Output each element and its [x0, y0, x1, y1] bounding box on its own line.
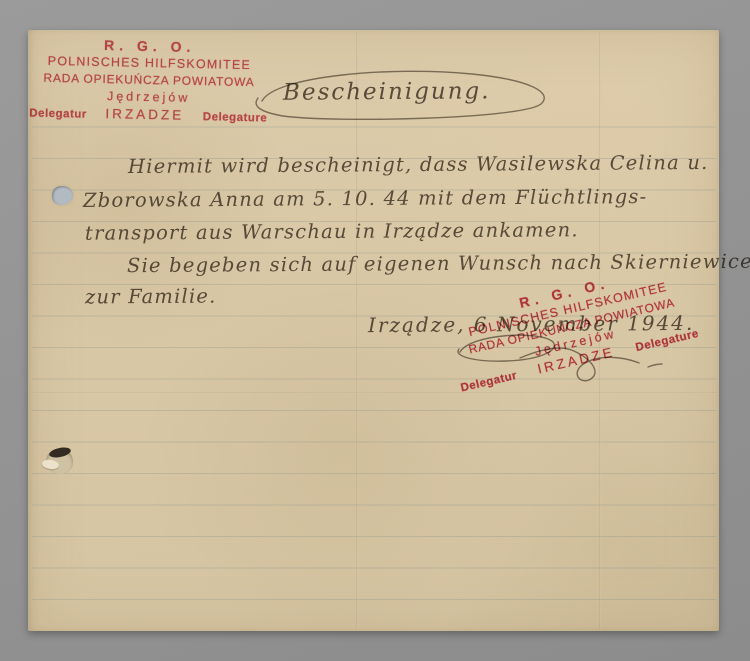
scan-background: R. G. O. POLNISCHES HILFSKOMITEE RADA OP… — [0, 0, 750, 661]
punch-hole-bottom — [46, 449, 73, 474]
handwritten-title: Bescheinigung. — [283, 78, 491, 105]
stamp-place: IRZADZE — [105, 105, 184, 124]
stamp-delegatur: Delegatur — [29, 106, 87, 124]
handwriting-line: Zborowska Anna am 5. 10. 44 mit dem Flüc… — [83, 185, 648, 212]
horizontal-crease — [30, 392, 717, 394]
handwriting-line: zur Familie. — [85, 285, 217, 309]
handwriting-line: Sie begeben sich auf eigenen Wunsch nach… — [127, 250, 750, 277]
handwriting-line: transport aus Warschau in Irządze ankame… — [85, 218, 579, 244]
handwritten-dateline: Irządze, 6 November 1944. — [368, 311, 695, 337]
handwriting-line: Hiermit wird bescheinigt, dass Wasilewsk… — [128, 151, 709, 178]
stamp-delegature: Delegature — [203, 109, 268, 127]
vertical-crease-left — [356, 32, 358, 629]
rubber-stamp-top: R. G. O. POLNISCHES HILFSKOMITEE RADA OP… — [29, 36, 269, 128]
